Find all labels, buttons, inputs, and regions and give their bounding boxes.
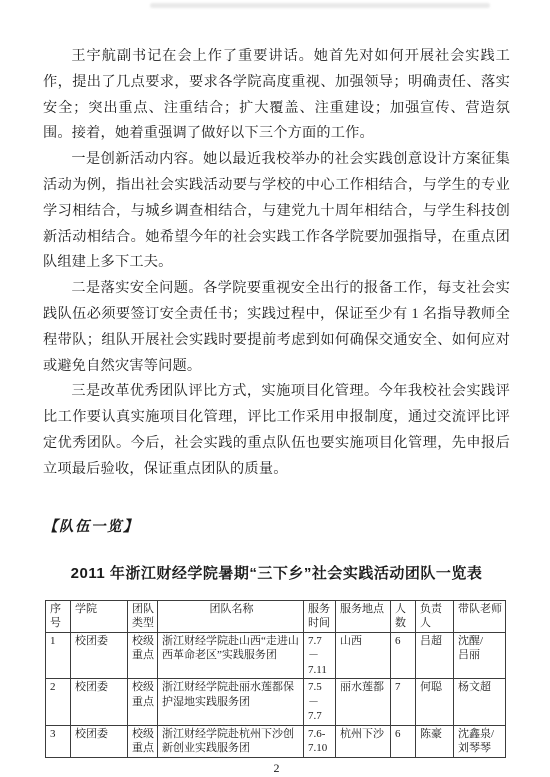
team-list-table: 序 号 学院 团队 类型 团队名称 服务 时间 服务地点 人 数 负责人 带队老…	[45, 600, 506, 758]
cell-leader: 陈豪	[416, 725, 454, 757]
cell-service-location: 山西	[336, 632, 391, 679]
cell-team-name: 浙江财经学院赴丽水莲都保护湿地实践服务团	[158, 679, 304, 726]
cell-leader: 何聪	[416, 679, 454, 726]
col-header-leader: 负责人	[416, 600, 454, 632]
cell-service-location: 杭州下沙	[336, 725, 391, 757]
table-title: 2011 年浙江财经学院暑期“三下乡”社会实践活动团队一览表	[43, 562, 510, 583]
cell-leader: 吕超	[416, 632, 454, 679]
paragraph-point-1-innovation: 一是创新活动内容。她以最近我校举办的社会实践创意设计方案征集活动为例，指出社会实…	[43, 147, 510, 276]
paragraph-point-3-evaluation: 三是改革优秀团队评比方式，实施项目化管理。今年我校社会实践评比工作要认真实施项目…	[43, 379, 510, 482]
cell-team-name: 浙江财经学院赴山西“走进山西革命老区”实践服务团	[158, 632, 304, 679]
cell-headcount: 7	[391, 679, 416, 726]
cell-serial: 3	[46, 725, 71, 757]
col-header-team-type: 团队 类型	[128, 600, 158, 632]
cell-supervising-teacher: 沈醒/ 吕丽	[454, 632, 506, 679]
paragraph-point-2-safety: 二是落实安全问题。各学院要重视安全出行的报备工作，每支社会实践队伍必须要签订安全…	[43, 276, 510, 379]
cell-service-time: 7.6- 7.10	[304, 725, 336, 757]
table-row: 1 校团委 校级 重点 浙江财经学院赴山西“走进山西革命老区”实践服务团 7.7…	[46, 632, 506, 679]
col-header-headcount: 人 数	[391, 600, 416, 632]
table-row: 3 校团委 校级 重点 浙江财经学院赴杭州下沙创新创业实践服务团 7.6- 7.…	[46, 725, 506, 757]
cell-team-type: 校级 重点	[128, 679, 158, 726]
col-header-college: 学院	[71, 600, 128, 632]
col-header-service-time: 服务 时间	[304, 600, 336, 632]
page-number: 2	[43, 761, 510, 776]
cell-headcount: 6	[391, 632, 416, 679]
document-page: 王宇航副书记在会上作了重要讲话。她首先对如何开展社会实践工作，提出了几点要求，要…	[0, 0, 550, 777]
cell-service-time: 7.5 － 7.7	[304, 679, 336, 726]
cell-supervising-teacher: 沈鑫泉/ 刘琴琴	[454, 725, 506, 757]
cell-service-location: 丽水莲都	[336, 679, 391, 726]
col-header-service-location: 服务地点	[336, 600, 391, 632]
paragraph-speech-summary: 王宇航副书记在会上作了重要讲话。她首先对如何开展社会实践工作，提出了几点要求，要…	[43, 44, 510, 147]
cell-supervising-teacher: 杨文超	[454, 679, 506, 726]
cell-serial: 2	[46, 679, 71, 726]
table-header-row: 序 号 学院 团队 类型 团队名称 服务 时间 服务地点 人 数 负责人 带队老…	[46, 600, 506, 632]
cell-serial: 1	[46, 632, 71, 679]
cell-college: 校团委	[71, 679, 128, 726]
cell-college: 校团委	[71, 632, 128, 679]
section-heading-team-overview: 【队伍一览】	[43, 515, 510, 536]
document-body: 王宇航副书记在会上作了重要讲话。她首先对如何开展社会实践工作，提出了几点要求，要…	[43, 44, 510, 776]
col-header-supervising-teacher: 带队老师	[454, 600, 506, 632]
table-row: 2 校团委 校级 重点 浙江财经学院赴丽水莲都保护湿地实践服务团 7.5 － 7…	[46, 679, 506, 726]
cell-team-type: 校级 重点	[128, 725, 158, 757]
cell-team-type: 校级 重点	[128, 632, 158, 679]
col-header-serial-number: 序 号	[46, 600, 71, 632]
col-header-team-name: 团队名称	[158, 600, 304, 632]
cell-service-time: 7.7 － 7.11	[304, 632, 336, 679]
cell-team-name: 浙江财经学院赴杭州下沙创新创业实践服务团	[158, 725, 304, 757]
cell-headcount: 6	[391, 725, 416, 757]
cell-college: 校团委	[71, 725, 128, 757]
scan-noise-artifact	[150, 3, 490, 8]
